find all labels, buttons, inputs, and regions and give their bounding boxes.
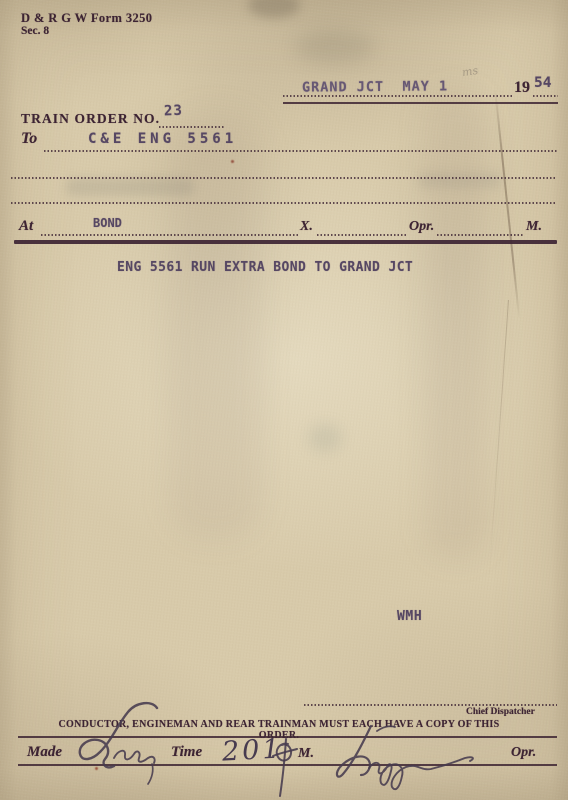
year-prefix: 19 <box>514 79 530 97</box>
blank-dotted-rule <box>11 177 557 179</box>
time-label: Time <box>171 744 202 761</box>
date-dotted-rule-short <box>533 95 558 97</box>
stain <box>425 90 487 560</box>
x-label: X. <box>300 219 313 235</box>
order-number-label: TRAIN ORDER NO. <box>21 111 160 127</box>
operator-initials: WMH <box>397 609 422 624</box>
at-dotted-rule <box>41 234 298 236</box>
opr-label: Opr. <box>409 219 434 235</box>
to-label: To <box>21 130 37 148</box>
time-meridiem-scrawl <box>272 738 298 800</box>
order-number-value: 23 <box>164 103 183 120</box>
date-stamp: GRAND JCT MAY 1 <box>302 78 448 95</box>
m-label: M. <box>526 219 542 235</box>
time-meridiem-handwriting: P <box>272 738 298 800</box>
pencil-mark: ms <box>461 64 479 79</box>
stain <box>66 178 194 196</box>
stain <box>168 110 263 540</box>
date-solid-rule <box>283 102 558 104</box>
made-handwriting: Com <box>62 700 167 797</box>
speck <box>231 160 234 163</box>
stain <box>248 0 300 18</box>
stain <box>295 30 375 64</box>
train-order-form: D & R G W Form 3250 Sec. 8 ms GRAND JCT … <box>0 0 568 800</box>
operator-signature: (illegible signature) <box>325 722 485 799</box>
to-value: C&E ENG 5561 <box>88 131 237 147</box>
at-value: BOND <box>93 216 122 230</box>
to-dotted-rule <box>44 150 557 152</box>
meridiem-label: M. <box>298 746 314 762</box>
stain <box>308 424 342 452</box>
blank-dotted-rule <box>11 202 557 204</box>
chief-dispatcher-label: Chief Dispatcher <box>466 707 535 717</box>
date-dotted-rule <box>283 95 514 97</box>
order-number-dotted-rule <box>159 126 224 128</box>
year-typed: 54 <box>534 75 551 91</box>
made-label: Made <box>27 744 62 761</box>
order-body-text: ENG 5561 RUN EXTRA BOND TO GRAND JCT <box>117 260 413 275</box>
x-dotted-rule <box>317 234 407 236</box>
opr-dotted-rule <box>437 234 524 236</box>
paper-crease <box>488 300 509 579</box>
form-number: D & R G W Form 3250 <box>21 11 152 26</box>
chief-dispatcher-dotted-rule <box>304 704 557 706</box>
operator-signature-scrawl <box>325 722 485 794</box>
opr-label-bottom: Opr. <box>511 745 536 761</box>
stain <box>418 173 502 188</box>
form-section: Sec. 8 <box>21 25 49 37</box>
at-label: At <box>19 218 33 235</box>
made-handwriting-scrawl <box>62 700 167 792</box>
heavy-rule <box>14 240 557 244</box>
